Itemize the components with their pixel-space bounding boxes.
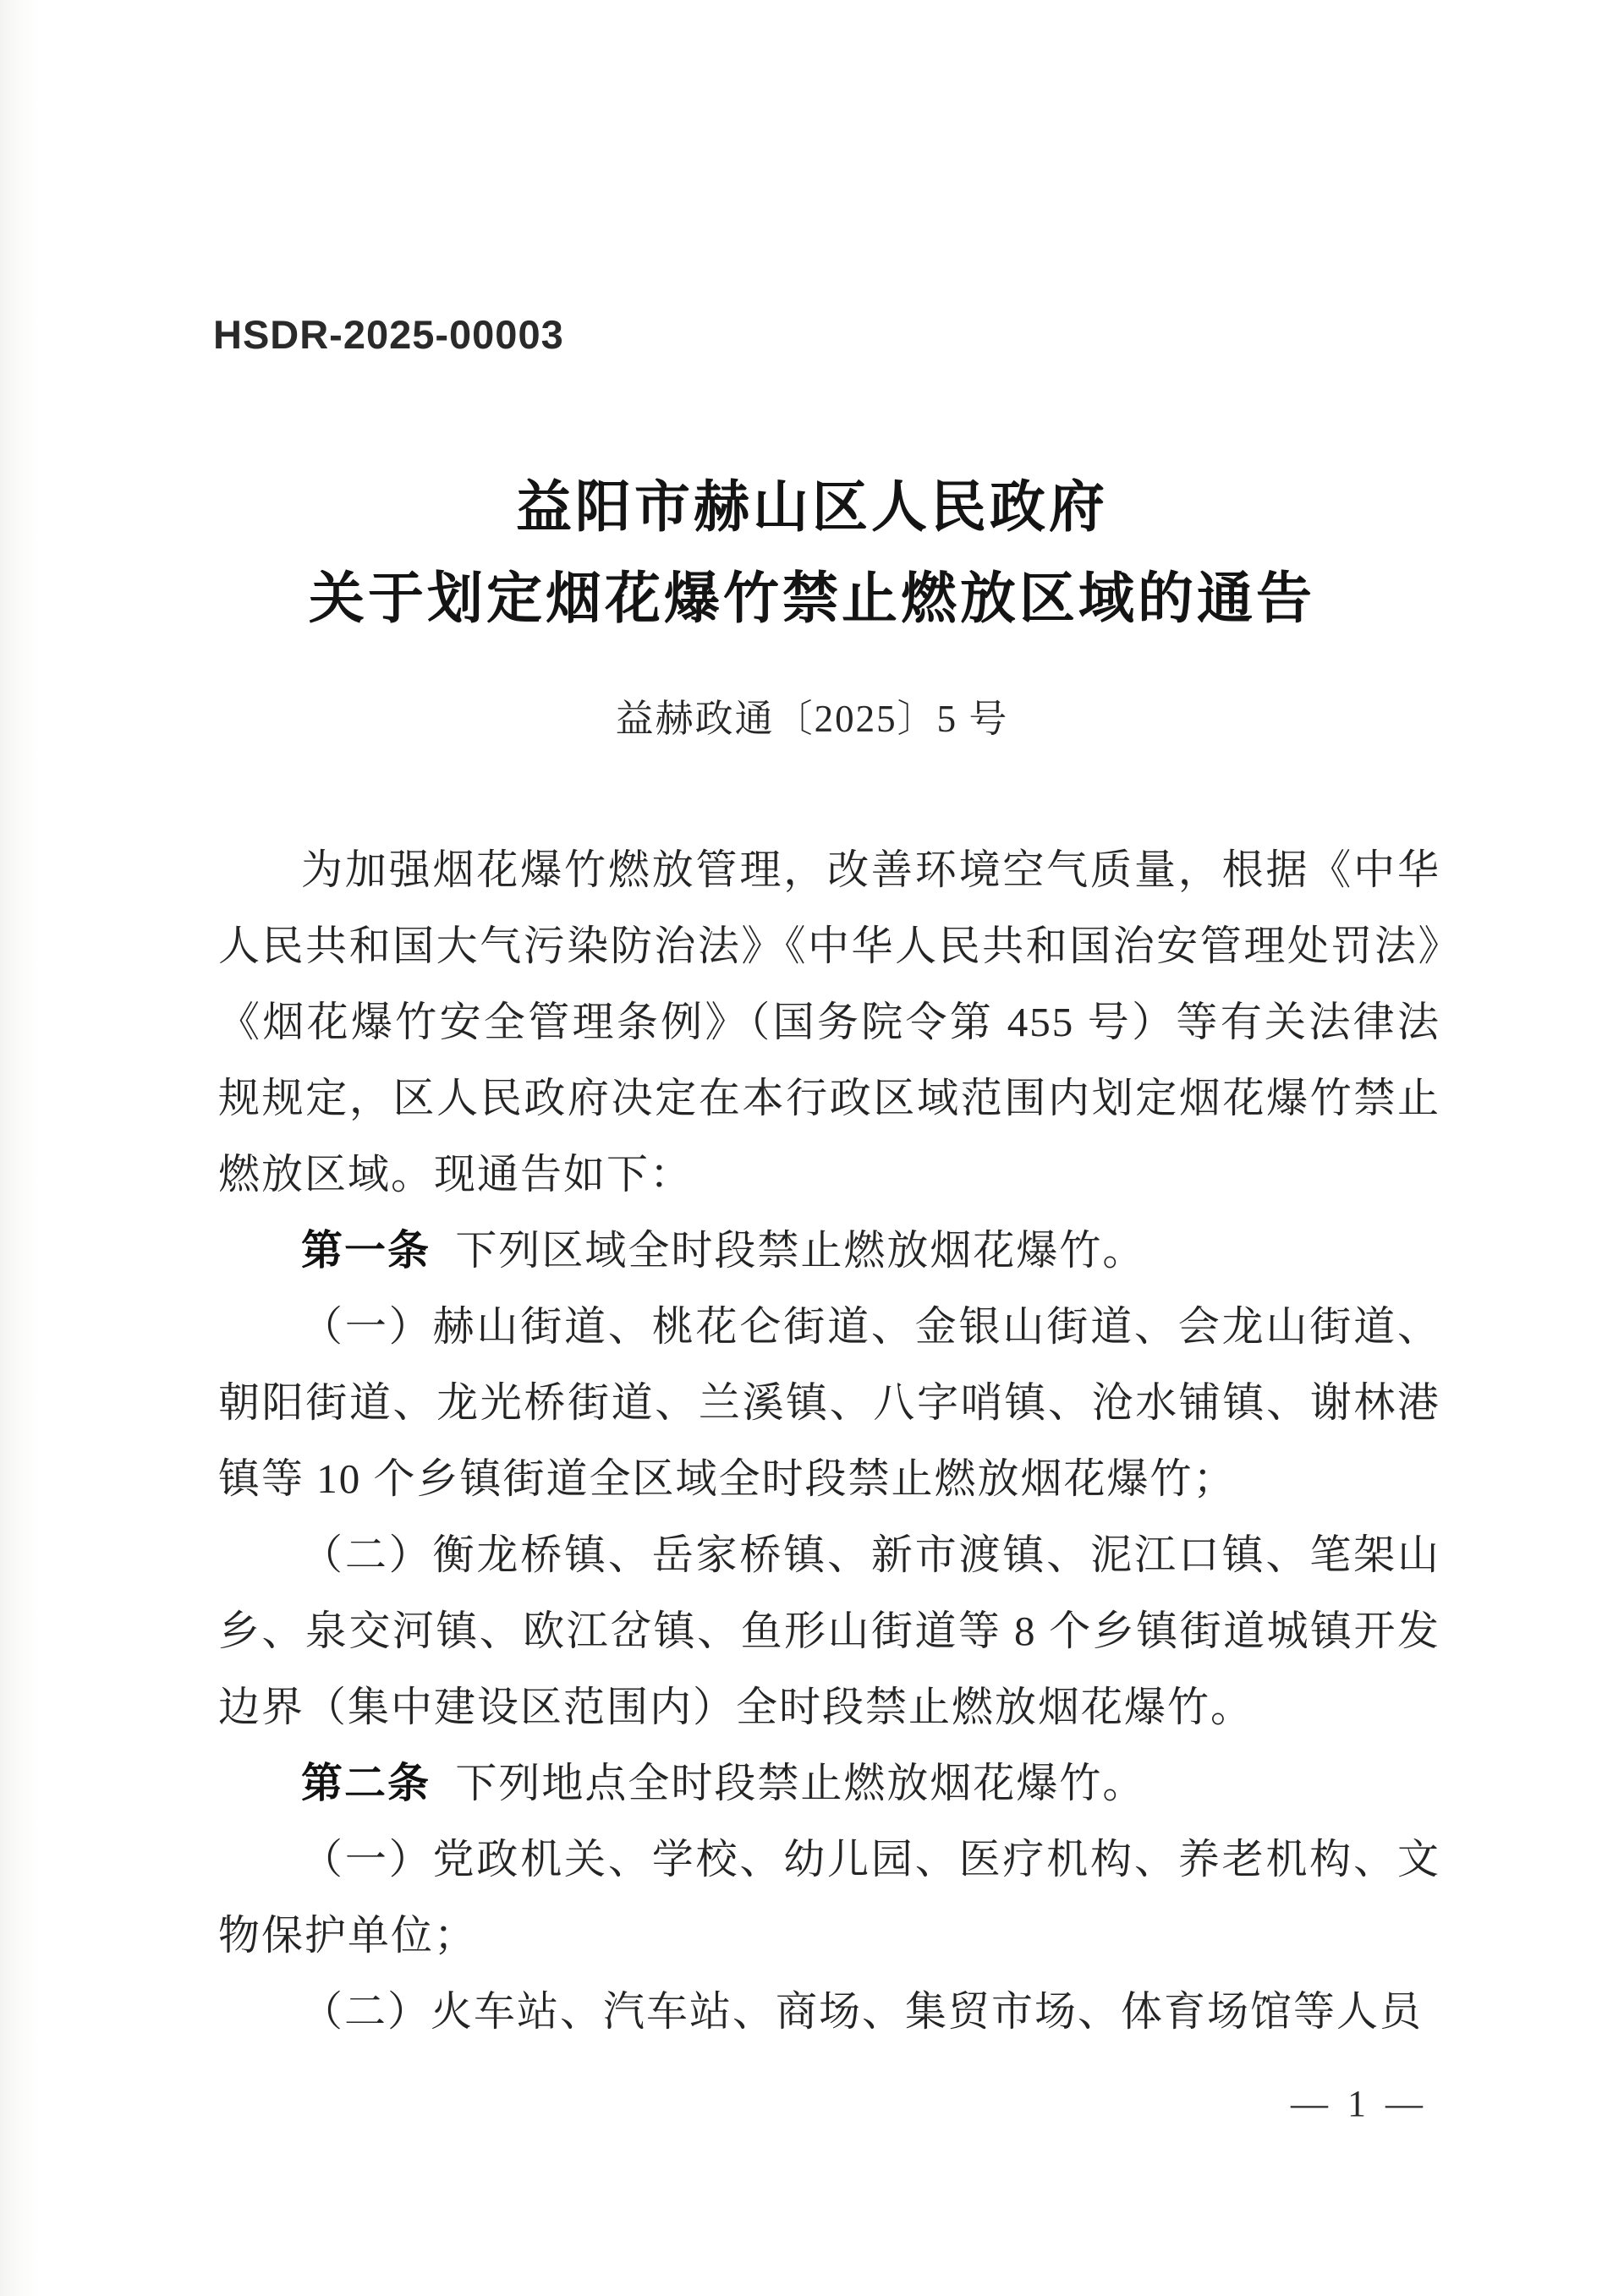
article-1-text: 下列区域全时段禁止燃放烟花爆竹。 (455, 1227, 1145, 1274)
document-title-line-1: 益阳市赫山区人民政府 (0, 480, 1624, 536)
page-number: — 1 — (1291, 2082, 1428, 2125)
document-code: HSDR-2025-00003 (213, 311, 564, 358)
document-body: 为加强烟花爆竹燃放管理，改善环境空气质量，根据《中华人民共和国大气污染防治法》《… (218, 832, 1440, 2050)
article-2-label: 第二条 (301, 1761, 431, 1806)
document-title-line-2: 关于划定烟花爆竹禁止燃放区域的通告 (0, 572, 1624, 627)
article-1-item-2: （二）衡龙桥镇、岳家桥镇、新市渡镇、泥江口镇、笔架山乡、泉交河镇、欧江岔镇、鱼形… (218, 1517, 1440, 1745)
article-1: 第一条下列区域全时段禁止燃放烟花爆竹。 (218, 1213, 1440, 1289)
article-2-item-1: （一）党政机关、学校、幼儿园、医疗机构、养老机构、文物保护单位； (218, 1822, 1440, 1974)
article-2-text: 下列地点全时段禁止燃放烟花爆竹。 (455, 1760, 1145, 1806)
scan-edge-shading (0, 0, 39, 2296)
article-1-item-1: （一）赫山街道、桃花仑街道、金银山街道、会龙山街道、朝阳街道、龙光桥街道、兰溪镇… (218, 1289, 1440, 1517)
document-page: HSDR-2025-00003 益阳市赫山区人民政府 关于划定烟花爆竹禁止燃放区… (0, 0, 1624, 2296)
intro-paragraph: 为加强烟花爆竹燃放管理，改善环境空气质量，根据《中华人民共和国大气污染防治法》《… (218, 832, 1440, 1213)
document-number: 益赫政通〔2025〕5 号 (0, 699, 1624, 741)
article-2-item-2: （二）火车站、汽车站、商场、集贸市场、体育场馆等人员 (218, 1974, 1440, 2050)
article-1-label: 第一条 (301, 1228, 431, 1274)
article-2: 第二条下列地点全时段禁止燃放烟花爆竹。 (218, 1745, 1440, 1822)
